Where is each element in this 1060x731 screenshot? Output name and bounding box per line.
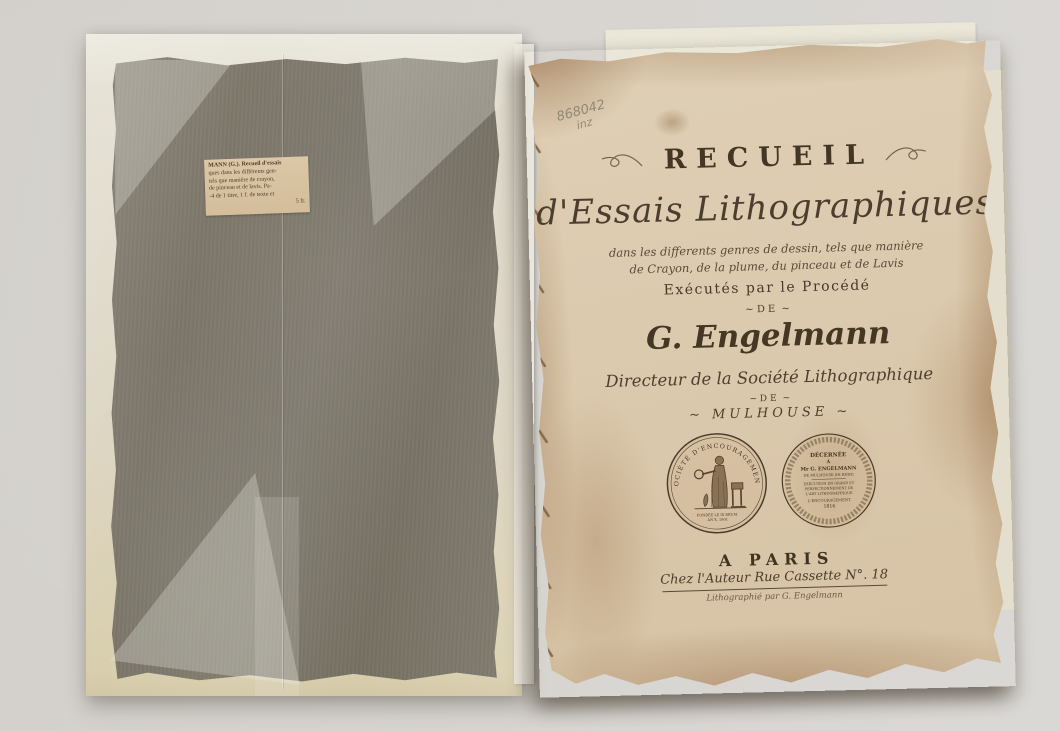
- catalogue-clipping-label: MANN (G.). Recueil d'essais ques dans le…: [204, 156, 310, 216]
- lithographer-credit: Lithographié par G. Engelmann: [536, 586, 1014, 608]
- title-page: 868042 inz RECUEIL d'Essais Lithographiq…: [522, 36, 1016, 697]
- page-subtitle: d'Essais Lithographiques: [526, 182, 1005, 234]
- medal-societe-encouragement: SOCIÉTÉ D'ENCOURAGEMENT FONDÉE LE IX BRU…: [664, 430, 771, 537]
- director-line: Directeur de la Société Lithographique: [530, 362, 1008, 393]
- glassine-crease: [282, 54, 283, 690]
- medal-text-line: 1816: [824, 503, 836, 509]
- page-title: RECUEIL: [653, 139, 874, 175]
- swash-flourish-icon: [884, 143, 929, 166]
- medal-vignettes: SOCIÉTÉ D'ENCOURAGEMENT FONDÉE LE IX BRU…: [532, 424, 1012, 540]
- medal-exergue-line: FONDÉE LE IX BRUM.: [697, 512, 739, 518]
- medal-text-line: L'ENCOURAGEMENT: [808, 497, 851, 503]
- medal-decernee-engelmann: DÉCERNÉE À Mr G. ENGELMANN DE MULHOUSE (…: [778, 429, 880, 531]
- swash-flourish-icon: [600, 150, 645, 173]
- author-name: G. Engelmann: [529, 312, 1008, 360]
- glassine-envelope: MANN (G.). Recueil d'essais ques dans le…: [86, 34, 522, 696]
- pencil-accession-note: 868042 inz: [555, 98, 610, 135]
- photograph-of-antique-book: MANN (G.). Recueil d'essais ques dans le…: [0, 0, 1060, 731]
- medal-exergue-line: AN X. 1801: [706, 517, 728, 522]
- glassine-fold-band: [255, 497, 299, 696]
- process-line: Exécutés par le Procédé: [528, 274, 1006, 302]
